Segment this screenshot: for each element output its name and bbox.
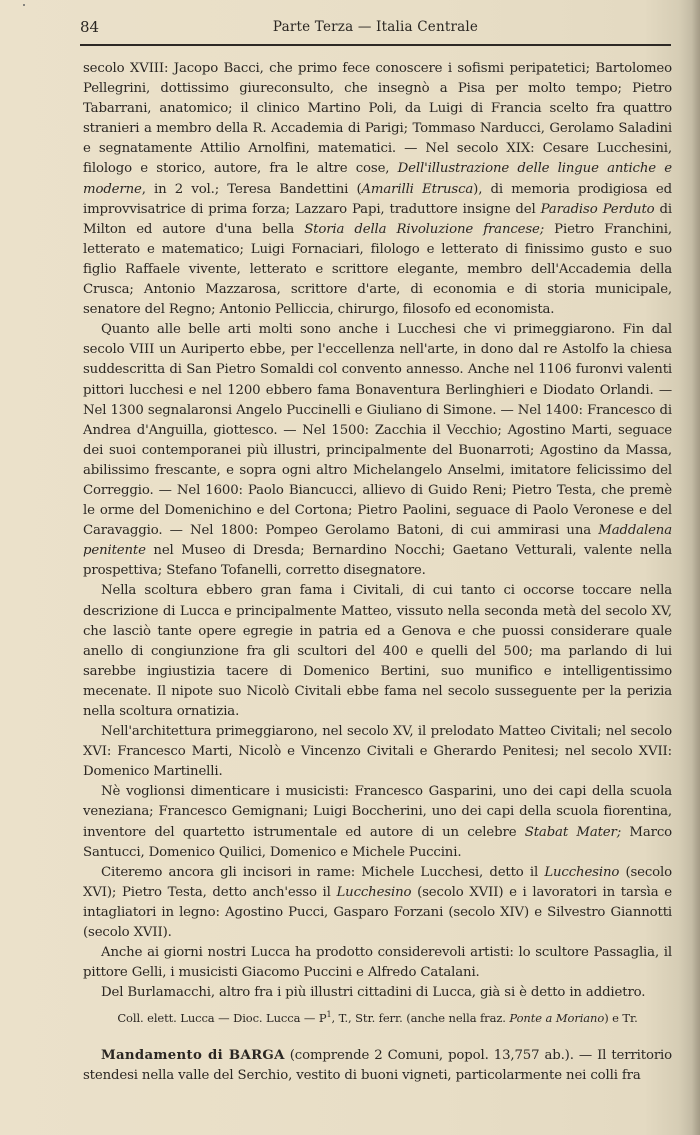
italic-title: Lucchesino (544, 865, 619, 880)
book-page: 84 Parte Terza — Italia Centrale secolo … (0, 0, 700, 1135)
mandamento-name: BARGA (229, 1048, 285, 1063)
running-title: Parte Terza — Italia Centrale (80, 19, 671, 35)
text-run: Quanto alle belle arti molti sono anche … (83, 322, 672, 538)
page-edge-shadow (692, 0, 700, 1135)
italic-title: Lucchesino (336, 885, 411, 900)
scan-speck (23, 4, 25, 6)
text-run: Nella scoltura ebbero gran fama i Civita… (83, 583, 672, 719)
paragraph: Nell'architettura primeggiarono, nel sec… (83, 722, 672, 782)
body-text: secolo XVIII: Jacopo Bacci, che primo fe… (83, 59, 672, 1086)
italic-title: Amarilli Etrusca (361, 182, 473, 197)
text-run: , in 2 vol.; Teresa Bandettini ( (142, 182, 362, 197)
mandamento-lead: Mandamento di (101, 1048, 229, 1063)
italic-title: Storia della Rivoluzione francese; (304, 222, 544, 237)
paragraph: Nella scoltura ebbero gran fama i Civita… (83, 581, 672, 722)
paragraph: Del Burlamacchi, altro fra i più illustr… (83, 983, 672, 1003)
text-run: Nell'architettura primeggiarono, nel sec… (83, 724, 672, 779)
paragraph: secolo XVIII: Jacopo Bacci, che primo fe… (83, 59, 672, 320)
paragraph: Citeremo ancora gli incisori in rame: Mi… (83, 863, 672, 943)
text-run: Anche ai giorni nostri Lucca ha prodotto… (83, 945, 672, 980)
text-run: secolo XVIII: Jacopo Bacci, che primo fe… (83, 61, 672, 176)
mandamento-paragraph: Mandamento di BARGA (comprende 2 Comuni,… (83, 1046, 672, 1086)
running-header: 84 Parte Terza — Italia Centrale (80, 18, 671, 40)
header-rule (80, 44, 671, 46)
paragraph: Nè voglionsi dimenticare i musicisti: Fr… (83, 782, 672, 862)
paragraphs: secolo XVIII: Jacopo Bacci, che primo fe… (83, 59, 672, 1003)
colleg-middle: , T., Str. ferr. (anche nella fraz. (331, 1011, 509, 1025)
colleg-before: Coll. elett. Lucca — Dioc. Lucca — P (117, 1011, 326, 1025)
italic-title: Paradiso Perduto (541, 202, 655, 217)
paragraph: Anche ai giorni nostri Lucca ha prodotto… (83, 943, 672, 983)
text-run: Del Burlamacchi, altro fra i più illustr… (101, 985, 645, 1000)
colleg-after: ) e Tr. (604, 1011, 637, 1025)
electoral-info: Coll. elett. Lucca — Dioc. Lucca — P1, T… (83, 1005, 672, 1028)
paragraph: Quanto alle belle arti molti sono anche … (83, 320, 672, 581)
text-run: nel Museo di Dresda; Bernardino Nocchi; … (83, 543, 672, 578)
italic-title: Stabat Mater; (525, 825, 621, 840)
colleg-place: Ponte a Moriano (509, 1011, 604, 1025)
text-run: Citeremo ancora gli incisori in rame: Mi… (101, 865, 544, 880)
